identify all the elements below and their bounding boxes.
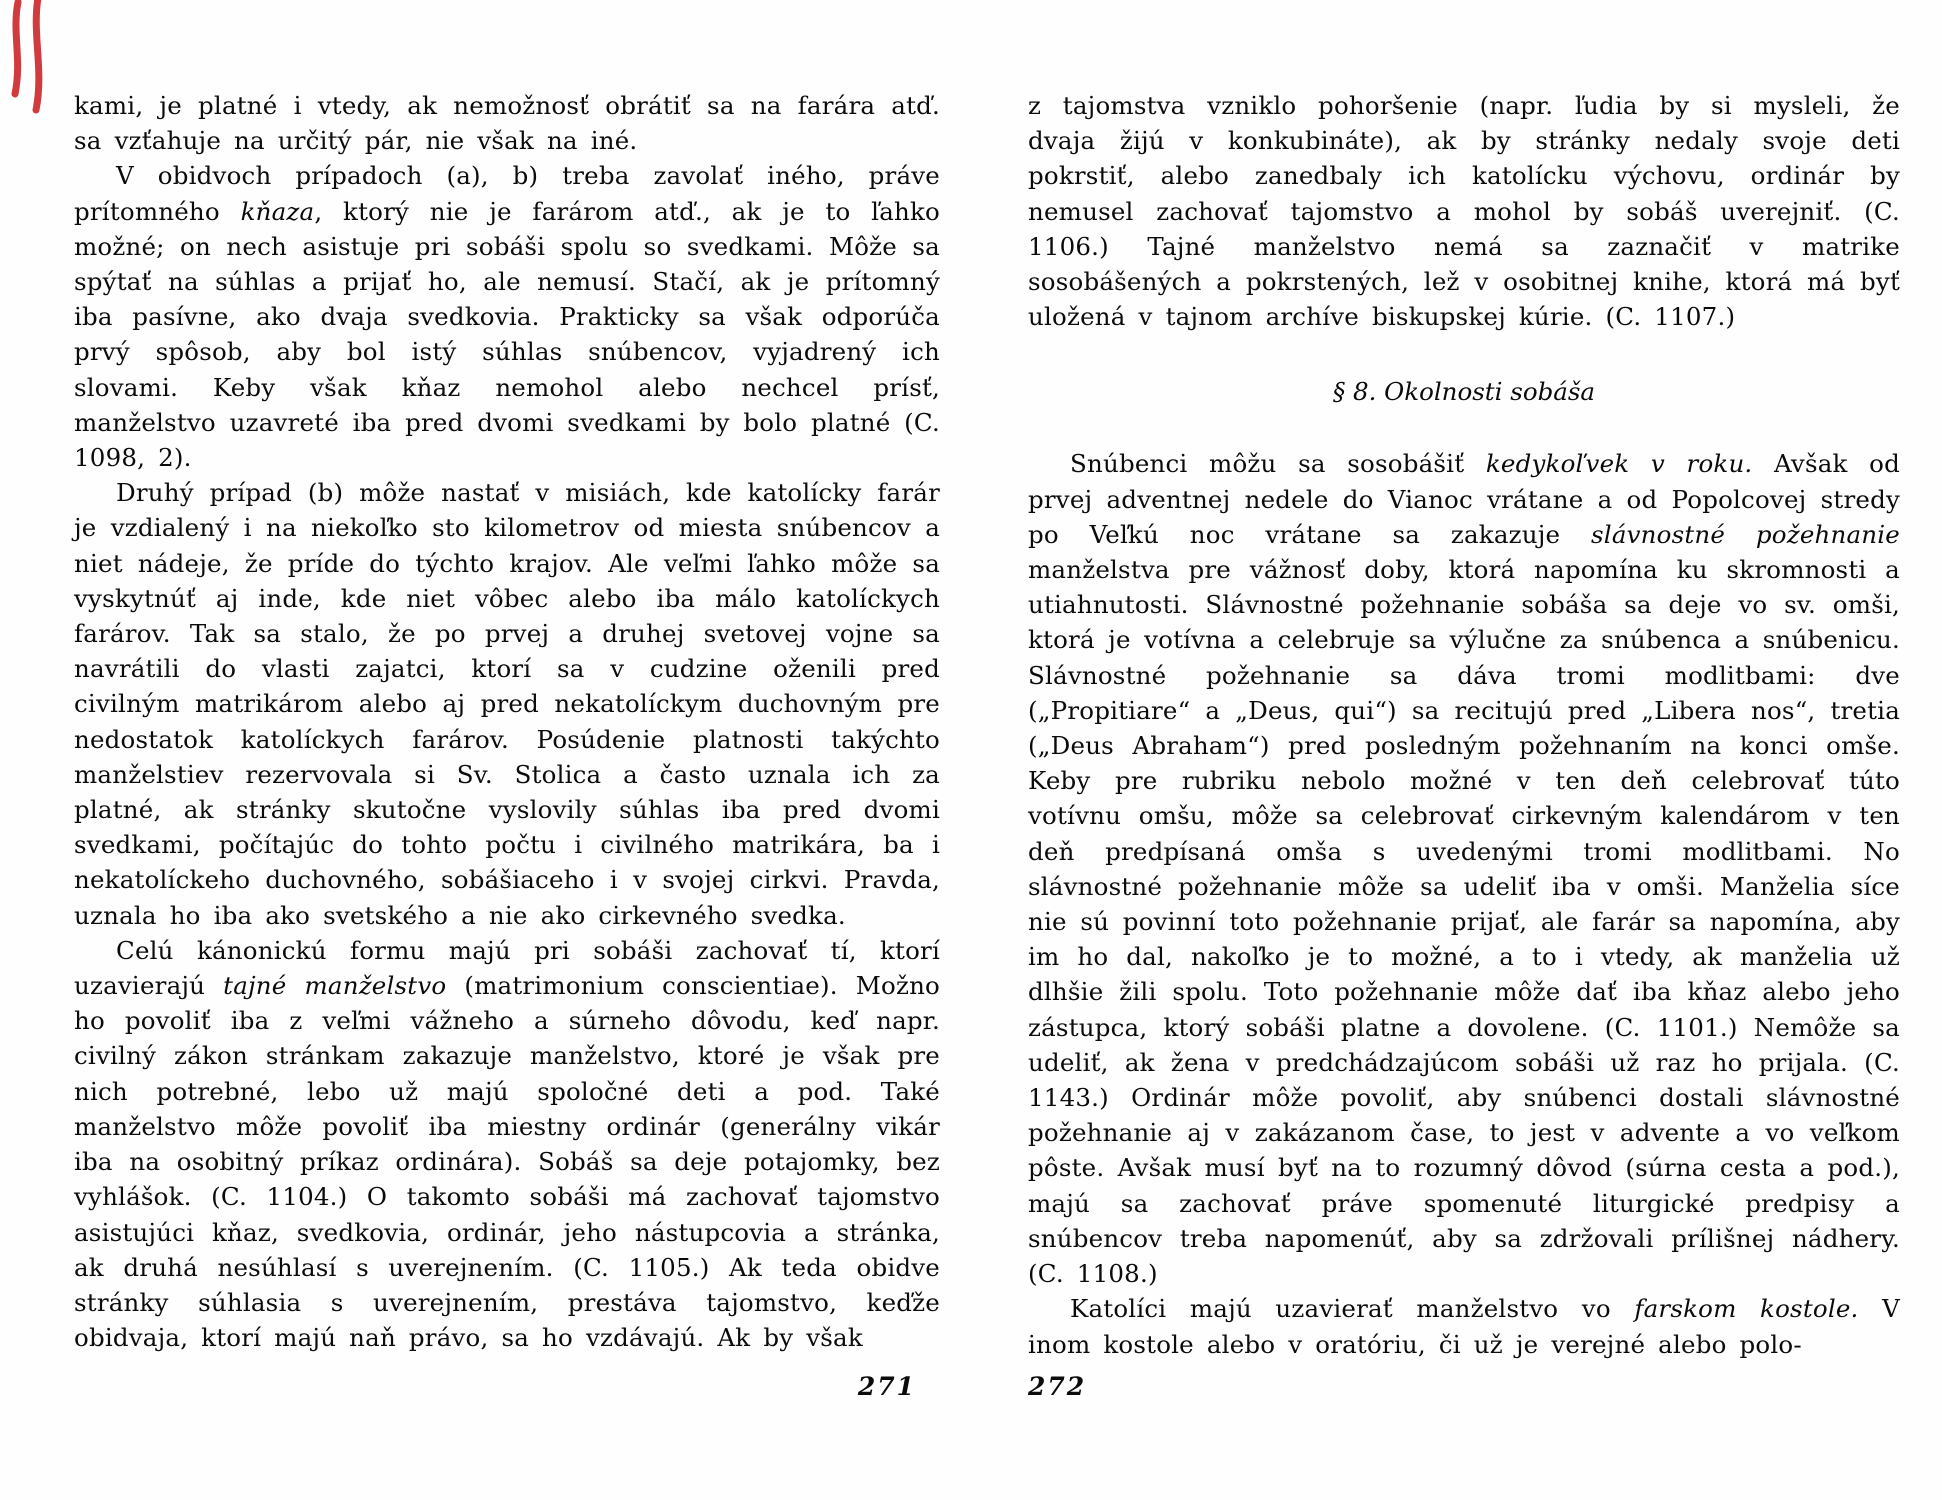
text-segment: (matrimonium conscientiae). Možno ho pov… <box>74 971 940 1352</box>
text-segment: Katolíci majú uzavierať manželstvo vo <box>1070 1294 1634 1323</box>
italic-text-segment: slávnostné požehnanie <box>1591 520 1900 549</box>
section-heading: § 8. Okolnosti sobáša <box>1028 374 1900 410</box>
text-segment: z tajomstva vzniklo pohoršenie (napr. ľu… <box>1028 91 1900 331</box>
italic-text-segment: kedykoľvek v roku. <box>1486 449 1753 478</box>
text-segment: manželstva pre vážnosť doby, ktorá napom… <box>1028 555 1900 1288</box>
paragraph: kami, je platné i vtedy, ak nemožnosť ob… <box>74 88 940 158</box>
italic-text-segment: kňaza <box>241 197 315 226</box>
text-segment: Druhý prípad (b) môže nastať v misiách, … <box>74 478 940 929</box>
text-segment: Snúbenci môžu sa sosobášiť <box>1070 449 1486 478</box>
paragraph: Druhý prípad (b) môže nastať v misiách, … <box>74 475 940 933</box>
paragraph: V obidvoch prípadoch (a), b) treba zavol… <box>74 158 940 475</box>
red-ink-mark <box>4 0 56 120</box>
left-page-number: 271 <box>74 1372 916 1401</box>
right-page-text-block: z tajomstva vzniklo pohoršenie (napr. ľu… <box>1028 88 1900 1362</box>
paragraph: Celú kánonickú formu majú pri sobáši zac… <box>74 933 940 1355</box>
left-page-text-block: kami, je platné i vtedy, ak nemožnosť ob… <box>74 88 940 1355</box>
right-page-body: Snúbenci môžu sa sosobášiť kedykoľvek v … <box>1028 446 1900 1361</box>
book-spread: kami, je platné i vtedy, ak nemožnosť ob… <box>0 0 1942 1500</box>
paragraph: z tajomstva vzniklo pohoršenie (napr. ľu… <box>1028 88 1900 334</box>
paragraph: Snúbenci môžu sa sosobášiť kedykoľvek v … <box>1028 446 1900 1291</box>
paragraph: Katolíci majú uzavierať manželstvo vo fa… <box>1028 1291 1900 1361</box>
italic-text-segment: farskom kostole. <box>1634 1294 1858 1323</box>
right-page-number: 272 <box>1028 1372 1086 1401</box>
text-segment: kami, je platné i vtedy, ak nemožnosť ob… <box>74 91 940 155</box>
text-segment: , ktorý nie je farárom atď., ak je to ľa… <box>74 197 940 472</box>
italic-text-segment: tajné manželstvo <box>223 971 446 1000</box>
right-page-intro: z tajomstva vzniklo pohoršenie (napr. ľu… <box>1028 88 1900 334</box>
